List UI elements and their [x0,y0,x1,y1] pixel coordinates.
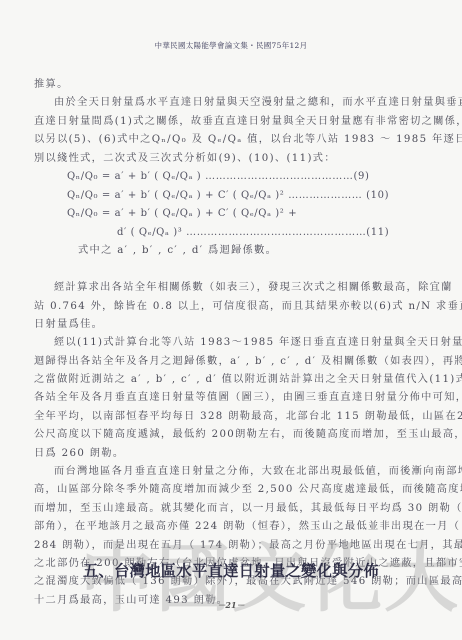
equation-10: Qₙ/Q₀ = a′ + b′ ( Qₑ/Qₐ ) + C′ ( Qₑ/Qₐ )… [34,187,430,206]
text-line: 直達日射量間爲(1)式之關係，故垂直直達日射量與全天日射量應有非常密切之關係，所 [34,113,430,131]
spacer [34,261,430,279]
text-line: 站 0.764 外，餘皆在 0.8 以上，可信度很高，而且其結果亦較以(6)式 … [34,298,430,316]
text-line: 別以綫性式，二次式及三次式分析如(9)、(10)、(11)式： [34,150,430,168]
text-line: 部角），在平地該月之最高亦僅 224 朗勒（恒春），然玉山之最低並非出現在一月（ [34,518,430,536]
page-number: －21－ [0,600,462,611]
text-line: 經以(11)式計算台北等八站 1983～1985 年逐日垂直直達日射量與全天日射… [34,334,430,352]
text-line: 日爲 260 朗勒。 [34,445,430,463]
section-heading: 五、台灣地區水平直達日射量之變化與分佈 [0,560,462,581]
text-line: 全年平均，以南部恒春平均每日 328 朗勒最高，北部台北 115 朗勒最低，山區… [34,408,430,426]
document-page: 中華民國太陽能學會論文集・民國75年12月 推算。 由於全天日射量爲水平直達日射… [0,0,462,640]
text-line: 公尺高度以下隨高度遞減，最低約 200朗勒左右，而後隨高度而增加，至玉山最高，每 [34,426,430,444]
body-text: 推算。 由於全天日射量爲水平直達日射量與天空漫射量之總和，而水平直達日射量與垂直… [34,76,430,610]
text-line: 經計算求出各站全年相關係數（如表三），發現三次式之相關係數最高，除宜蘭 [34,279,430,297]
text-line: 推算。 [34,76,430,94]
text-line: 而台灣地區各月垂直直達日射量之分佈，大致在北部出現最低値，而後漸向南部增 [34,463,430,481]
text-line: 284 朗勒），而是出現在五月（ 174 朗勒）；最高之月份平地地區出現在七月，… [34,537,430,555]
text-line: 日射量爲佳。 [34,316,430,334]
equation-11-part2: d′ ( Qₑ/Qₐ )³ ……………………………………………(11) [34,224,430,243]
text-line: 由於全天日射量爲水平直達日射量與天空漫射量之總和，而水平直達日射量與垂直 [34,94,430,112]
equation-9: Qₙ/Q₀ = a′ + b′ ( Qₑ/Qₐ ) ……………………………………… [34,168,430,187]
equation-11-part1: Qₙ/Q₀ = a′ + b′ ( Qₑ/Qₐ ) + C′ ( Qₑ/Qₐ )… [34,205,430,224]
text-line: 而增加，至玉山達最高。就其變化而言，以一月最低，其最低每日平均爲 30 朗勒（北 [34,500,430,518]
text-line: 迴歸得出各站全年及各月之迴歸係數，a′ , b′ , c′ , d′ 及相關係數… [34,353,430,371]
text-line: 以另以(5)、(6)式中之Qₙ/Q₀ 及 Qₑ/Qₐ 值，以台北等八站 1983… [34,131,430,149]
running-header: 中華民國太陽能學會論文集・民國75年12月 [0,40,462,51]
text-line: 高，山區部分除冬季外隨高度增加而減少至 2,500 公尺高度處達最低，而後隨高度… [34,481,430,499]
text-line: 各站全年及各月垂直直達日射量等值圖（圖三），由圖三垂直直達日射量分佈中可知， [34,389,430,407]
equation-note: 式中之 a′ , b′ , c′ , d′ 爲迴歸係數。 [34,242,430,260]
text-line: 之當做附近測站之 a′ , b′ , c′ , d′ 值以附近測站計算出之全天日… [34,371,430,389]
